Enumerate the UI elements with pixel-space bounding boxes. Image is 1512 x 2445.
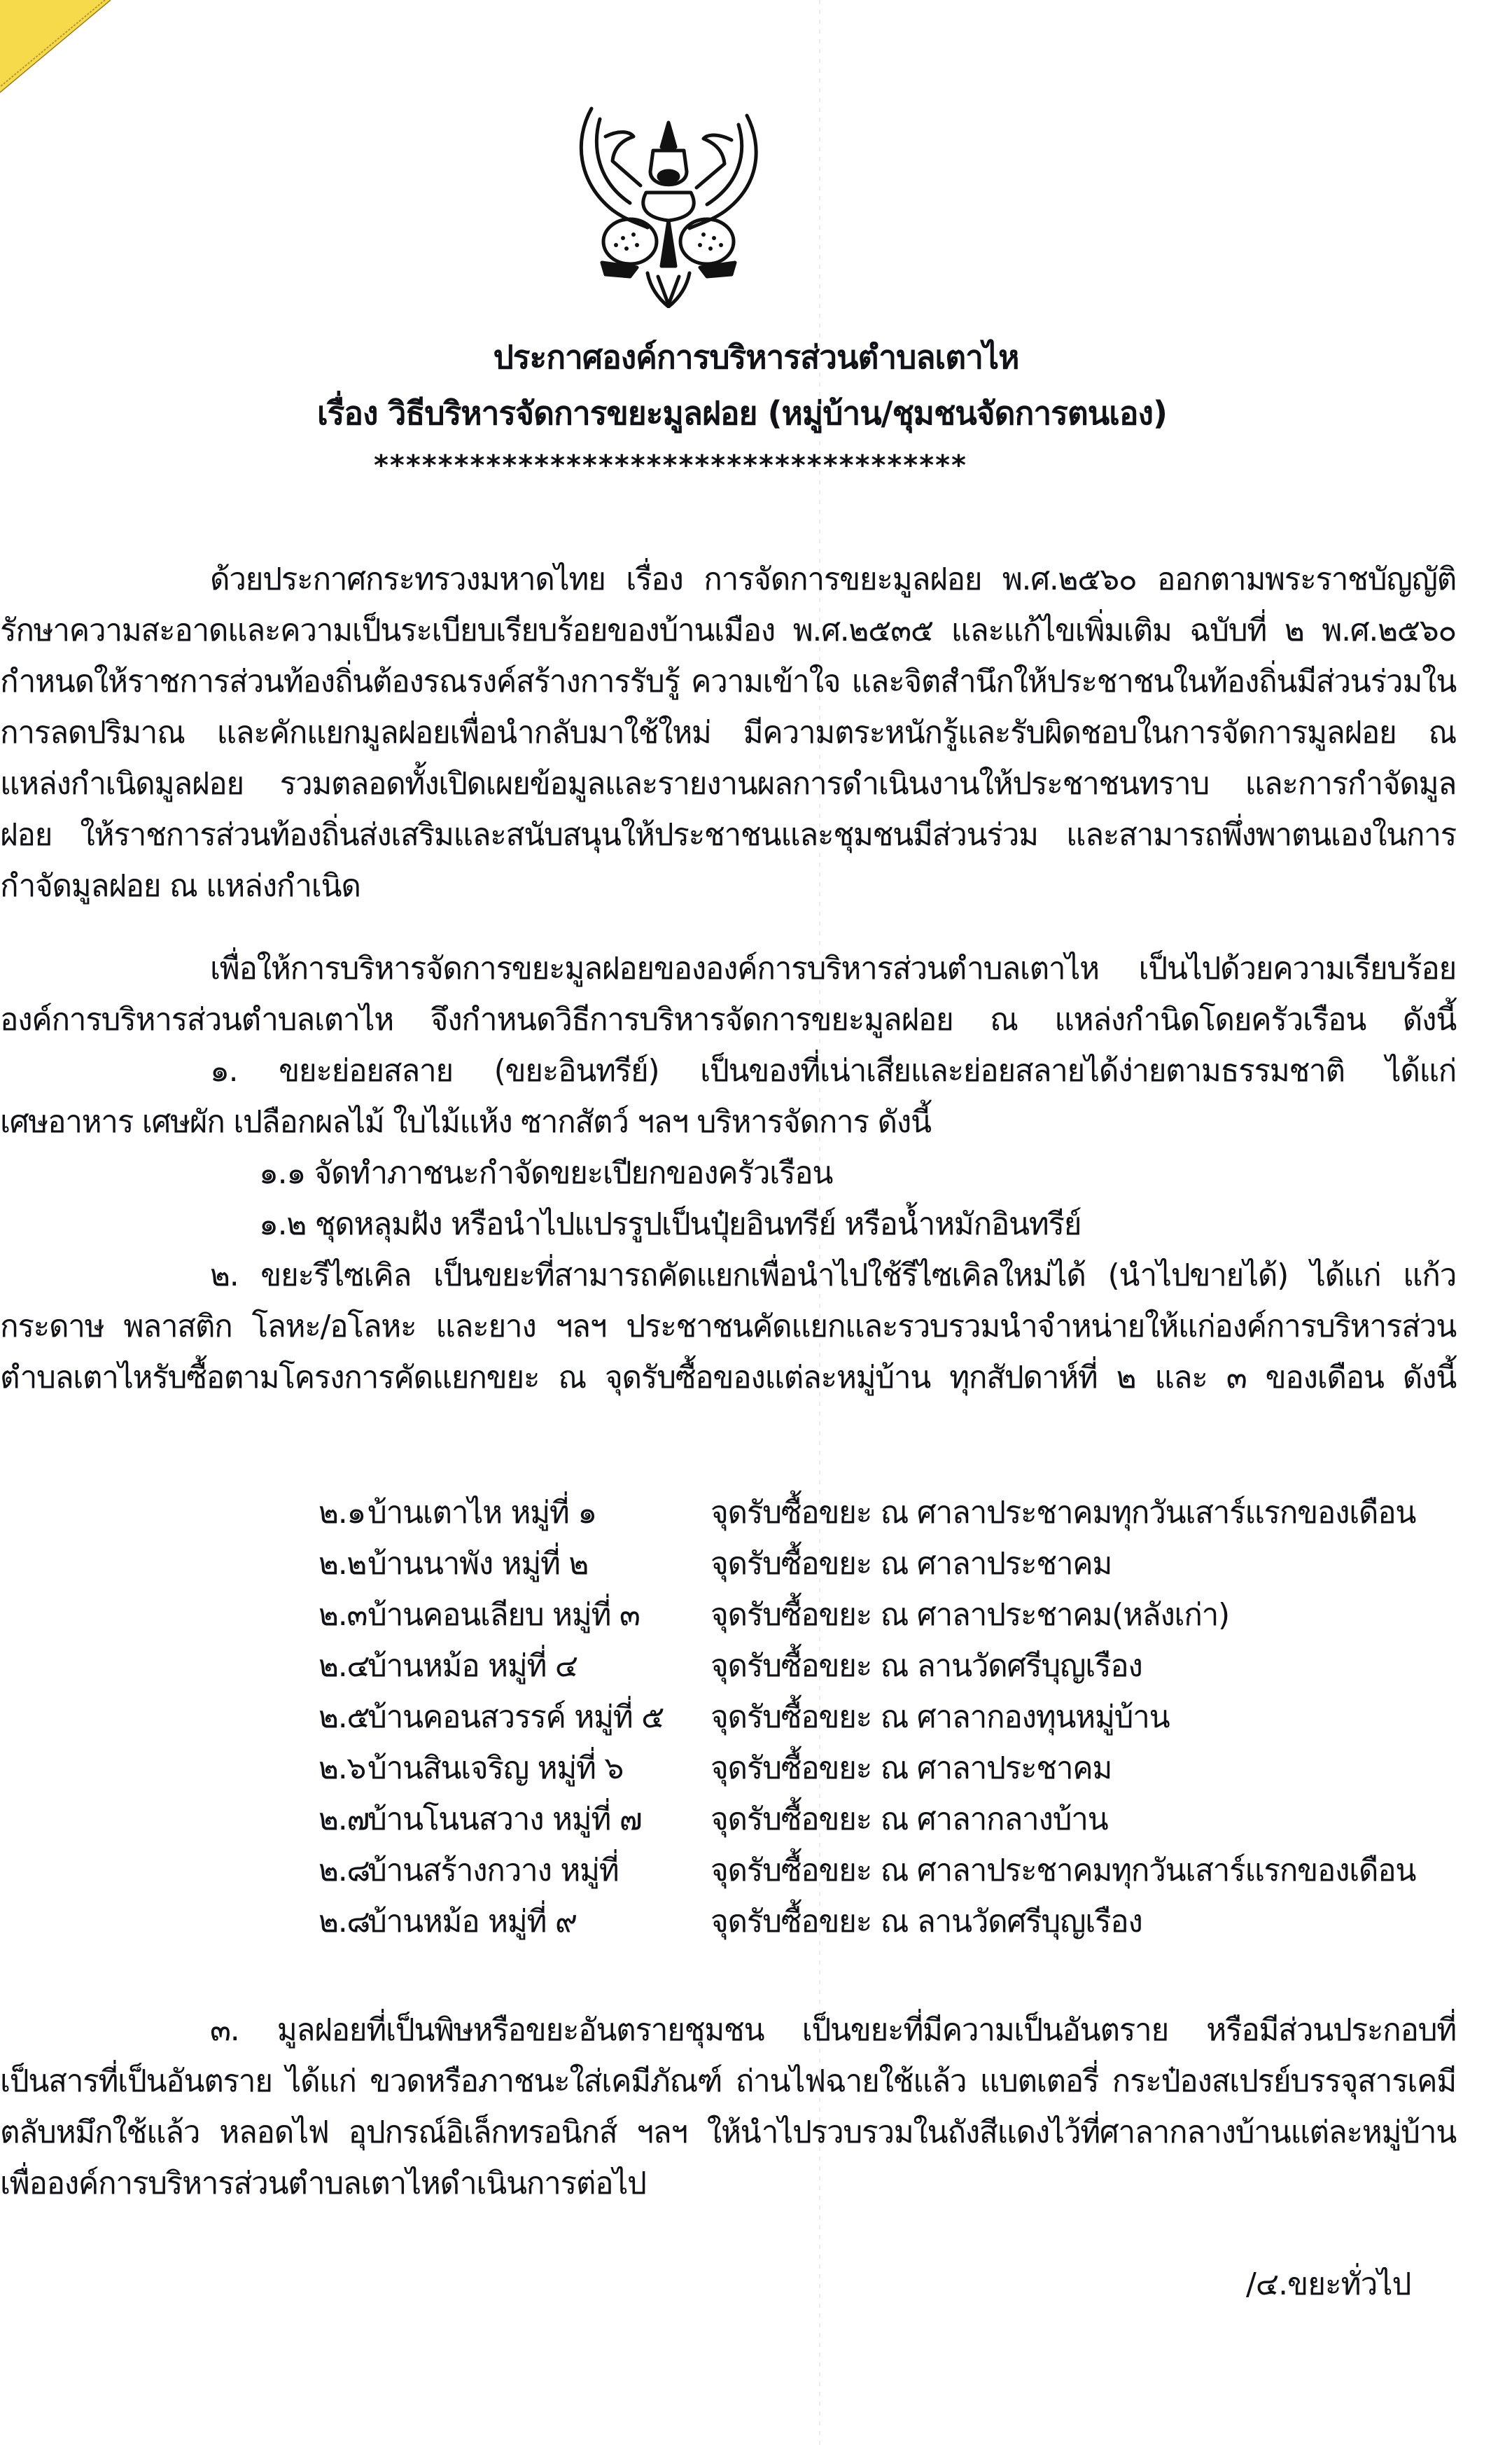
preamble-line: ด้วยประกาศกระทรวงมหาดไทย เรื่อง การจัดกา… bbox=[210, 555, 1456, 604]
item-1-1: ๑.๑ จัดทำภาชนะกำจัดขยะเปียกของครัวเรือน bbox=[259, 1149, 832, 1198]
village-row: ๒.๑บ้านเตาไห หมู่ที่ ๑จุดรับซื้อขยะ ณ ศา… bbox=[318, 1489, 596, 1538]
preamble-line: กำจัดมูลฝอย ณ แหล่งกำเนิด bbox=[0, 862, 1456, 911]
item-1-heading: ๑. ขยะย่อยสลาย (ขยะอินทรีย์) เป็นของที่เ… bbox=[210, 1047, 1456, 1096]
village-row: ๒.๘บ้านสร้างกวาง หมู่ที่จุดรับซื้อขยะ ณ … bbox=[318, 1846, 618, 1895]
continuation-marker: /๔.ขยะทั่วไป bbox=[1246, 2260, 1410, 2309]
item-2-line: กระดาษ พลาสติก โลหะ/อโลหะ และยาง ฯลฯ ประ… bbox=[0, 1302, 1456, 1351]
title-separator: ************************************* bbox=[374, 450, 1046, 482]
village-row: ๒.๖บ้านสินเจริญ หมู่ที่ ๖จุดรับซื้อขยะ ณ… bbox=[318, 1744, 623, 1793]
item-3-line: ตลับหมึกใช้แล้ว หลอดไฟ อุปกรณ์อิเล็กทรอน… bbox=[0, 2108, 1456, 2157]
village-row: ๒.๕บ้านคอนสวรรค์ หมู่ที่ ๕จุดรับซื้อขยะ … bbox=[318, 1693, 664, 1742]
preamble-line: ฝอย ให้ราชการส่วนท้องถิ่นส่งเสริมและสนับ… bbox=[0, 811, 1456, 860]
announcement-subject: เรื่อง วิธีบริหารจัดการขยะมูลฝอย (หมู่บ้… bbox=[0, 392, 1498, 434]
village-row: ๒.๘บ้านหม้อ หมู่ที่ ๙จุดรับซื้อขยะ ณ ลาน… bbox=[318, 1897, 577, 1946]
purpose-line: องค์การบริหารส่วนตำบลเตาไห จึงกำหนดวิธีก… bbox=[0, 996, 1456, 1045]
item-3-heading: ๓. มูลฝอยที่เป็นพิษหรือขยะอันตรายชุมชน เ… bbox=[210, 2006, 1456, 2055]
preamble-line: รักษาความสะอาดและความเป็นระเบียบเรียบร้อ… bbox=[0, 606, 1456, 655]
item-1-line: เศษอาหาร เศษผัก เปลือกผลไม้ ใบไม้แห้ง ซา… bbox=[0, 1098, 1456, 1147]
item-3-line: เพื่อองค์การบริหารส่วนตำบลเตาไหดำเนินการ… bbox=[0, 2159, 1456, 2208]
village-row: ๒.๒บ้านนาพัง หมู่ที่ ๒จุดรับซื้อขยะ ณ ศา… bbox=[318, 1540, 588, 1589]
preamble-line: แหล่งกำเนิดมูลฝอย รวมตลอดทั้งเปิดเผยข้อม… bbox=[0, 760, 1456, 809]
announcement-title: ประกาศองค์การบริหารส่วนตำบลเตาไห bbox=[0, 336, 1512, 378]
village-row: ๒.๓บ้านคอนเลียบ หมู่ที่ ๓จุดรับซื้อขยะ ณ… bbox=[318, 1591, 640, 1640]
garuda-emblem-icon bbox=[563, 98, 773, 308]
purpose-line: เพื่อให้การบริหารจัดการขยะมูลฝอยขององค์ก… bbox=[210, 945, 1456, 994]
item-1-2: ๑.๒ ชุดหลุมฝัง หรือนำไปแปรรูปเป็นปุ๋ยอิน… bbox=[259, 1200, 1081, 1249]
item-2-heading: ๒. ขยะรีไซเคิล เป็นขยะที่สามารถคัดแยกเพื… bbox=[210, 1251, 1456, 1300]
preamble-line: กำหนดให้ราชการส่วนท้องถิ่นต้องรณรงค์สร้า… bbox=[0, 657, 1456, 706]
item-2-line: ตำบลเตาไหรับซื้อตามโครงการคัดแยกขยะ ณ จุ… bbox=[0, 1353, 1456, 1402]
item-3-line: เป็นสารที่เป็นอันตราย ได้แก่ ขวดหรือภาชน… bbox=[0, 2057, 1456, 2106]
village-row: ๒.๔บ้านหม้อ หมู่ที่ ๔จุดรับซื้อขยะ ณ ลาน… bbox=[318, 1642, 577, 1691]
village-row: ๒.๗บ้านโนนสวาง หมู่ที่ ๗จุดรับซื้อขยะ ณ … bbox=[318, 1795, 642, 1844]
yellow-corner-tab bbox=[0, 0, 112, 95]
preamble-line: การลดปริมาณ และคักแยกมูลฝอยเพื่อนำกลับมา… bbox=[0, 709, 1456, 758]
